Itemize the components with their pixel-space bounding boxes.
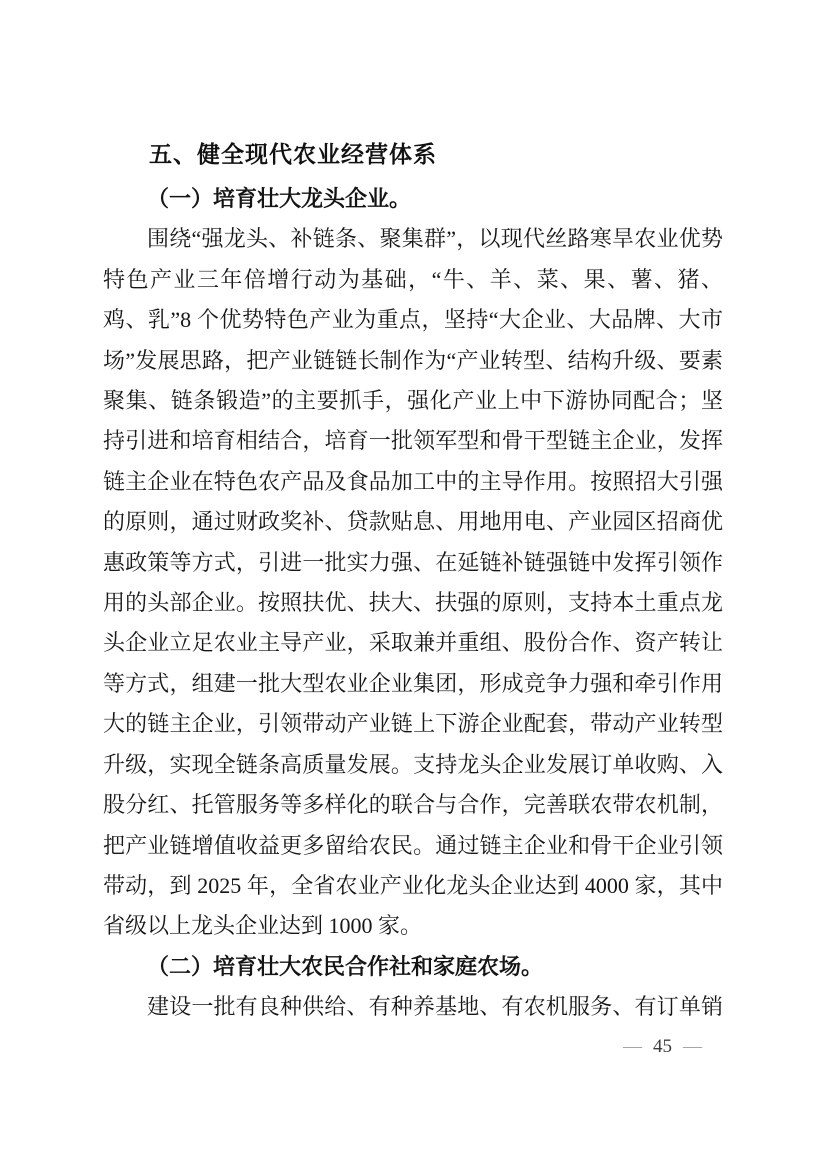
document-page: 五、健全现代农业经营体系 （一）培育壮大龙头企业。 围绕“强龙头、补链条、聚集群… [0,0,826,1169]
subsection-heading-2: （二）培育壮大农民合作社和家庭农场。 [103,947,723,987]
section-heading: 五、健全现代农业经营体系 [103,139,723,170]
page-content: 五、健全现代农业经营体系 （一）培育壮大龙头企业。 围绕“强龙头、补链条、聚集群… [103,139,723,1028]
page-number: 45 [653,1035,672,1059]
page-footer: — 45 — [623,1035,702,1059]
paragraph-1: 围绕“强龙头、补链条、聚集群”，以现代丝路寒旱农业优势特色产业三年倍增行动为基础… [103,219,723,946]
footer-dash-left: — [623,1035,642,1059]
footer-dash-right: — [683,1035,702,1059]
subsection-heading-1: （一）培育壮大龙头企业。 [103,179,723,219]
paragraph-2: 建设一批有良种供给、有种养基地、有农机服务、有订单销 [103,987,723,1027]
